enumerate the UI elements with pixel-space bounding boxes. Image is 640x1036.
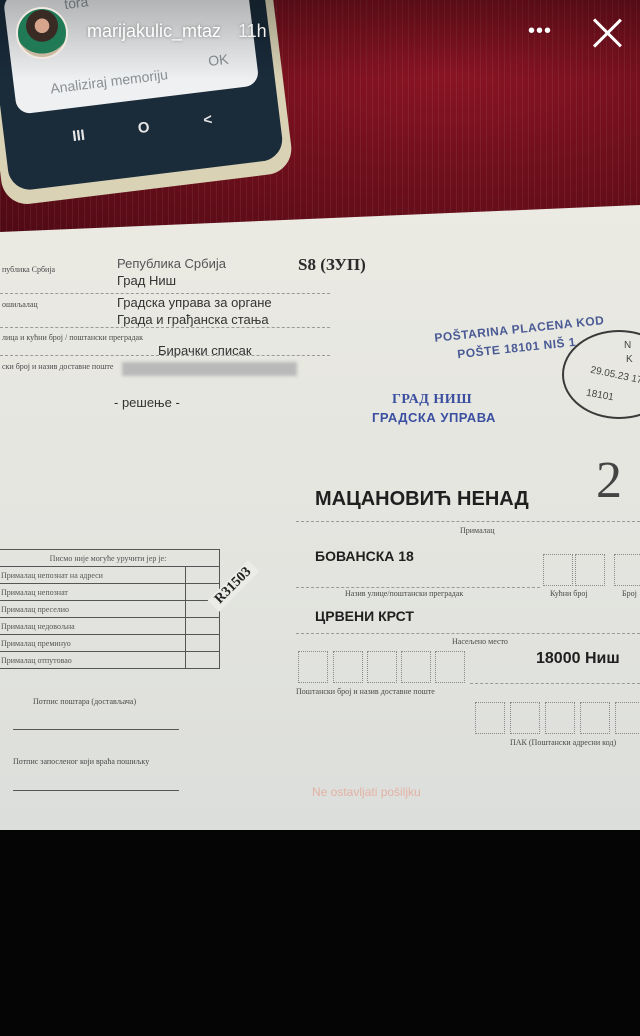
sender-line-5: Бирачки списак xyxy=(158,343,252,358)
reason-checkbox xyxy=(186,567,220,584)
decision-label: - решење - xyxy=(114,395,180,410)
close-icon[interactable] xyxy=(590,16,624,50)
faint-red-print: Ne ostavljati pošiljku xyxy=(312,785,421,799)
envelope: публика Србија ошиљалац лица и кућни бро… xyxy=(0,205,640,830)
sender-line-2: Град Ниш xyxy=(117,273,176,288)
recent-apps-icon: III xyxy=(71,127,85,145)
recipient-area: ЦРВЕНИ КРСТ xyxy=(315,608,414,624)
recipient-name: МАЦАНОВИЋ НЕНАД xyxy=(315,488,529,511)
recipient-street: БОВАНСКА 18 xyxy=(315,548,414,564)
sender-line-1: Република Србија xyxy=(117,256,226,271)
city-stamp-line-2: ГРАДСКА УПРАВА xyxy=(372,410,496,425)
home-icon: O xyxy=(137,119,151,137)
sender-line-3: Градска управа за органе xyxy=(117,295,272,310)
username-link[interactable]: marijakulic_mtaz xyxy=(87,21,221,42)
handwritten-mark: 2 xyxy=(596,451,622,510)
redacted-postal-code xyxy=(122,362,297,376)
employee-signature-line xyxy=(13,790,179,791)
postman-signature-line xyxy=(13,729,179,730)
story-header: marijakulic_mtaz 11h ••• xyxy=(0,0,640,70)
sender-line-4: Града и грађанска стања xyxy=(117,312,269,327)
story-timestamp: 11h xyxy=(238,21,267,42)
story-photo: tora Analiziraj memoriju OK III O < публ… xyxy=(0,0,640,1036)
city-stamp-line-1: ГРАД НИШ xyxy=(392,392,472,408)
undeliverable-table: Писмо није могуће уручити јер је: Примал… xyxy=(0,549,220,669)
form-code: S8 (ЗУП) xyxy=(298,255,366,275)
recipient-city: 18000 Ниш xyxy=(536,650,620,668)
avatar[interactable] xyxy=(16,7,68,59)
more-horizontal-icon[interactable]: ••• xyxy=(528,22,552,40)
back-icon: < xyxy=(202,111,213,129)
